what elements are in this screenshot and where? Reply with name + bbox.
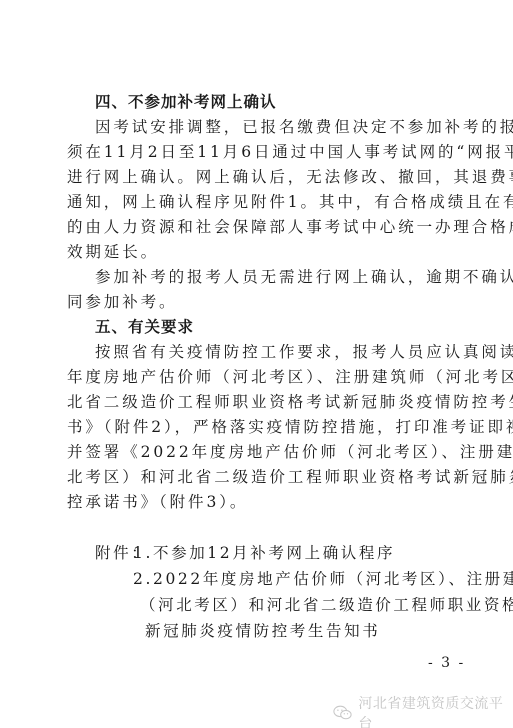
paragraph-line: 同参加补考。 xyxy=(67,290,449,315)
paragraph-line: 因考试安排调整，已报名缴费但决定不参加补考的报考人员 xyxy=(95,115,449,140)
paragraph-line: 须在11月2日至11月6日通过中国人事考试网的“网报平台” xyxy=(67,140,449,165)
paragraph-line: 效期延长。 xyxy=(67,240,449,265)
paragraph-line: 北考区）和河北省二级造价工程师职业资格考试新冠肺炎疫情防 xyxy=(67,465,449,490)
paragraph-line: 的由人力资源和社会保障部人事考试中心统一办理合格成绩有 xyxy=(67,215,449,240)
watermark-text: 河北省建筑资质交流平台 xyxy=(358,693,513,728)
attachment-item-2-line: 2.2022年度房地产估价师（河北考区）、注册建筑师 xyxy=(133,567,513,592)
paragraph-line: 控承诺书》（附件3）。 xyxy=(67,490,449,515)
wechat-official-account-icon xyxy=(333,705,352,721)
paragraph-line: 北省二级造价工程师职业资格考试新冠肺炎疫情防控考生告知 xyxy=(67,390,449,415)
attachment-item-1: 1.不参加12月补考网上确认程序 xyxy=(133,541,395,566)
paragraph-line: 进行网上确认。网上确认后，无法修改、撤回，其退费事宜另行 xyxy=(67,165,449,190)
paragraph-line: 年度房地产估价师（河北考区）、注册建筑师（河北考区）和河 xyxy=(67,365,449,390)
page-number: - 3 - xyxy=(428,655,465,671)
section-heading-5: 五、有关要求 xyxy=(95,315,194,340)
attachment-item-2-line: 新冠肺炎疫情防控考生告知书 xyxy=(145,619,380,644)
paragraph-line: 并签署《2022年度房地产估价师（河北考区）、注册建筑师（河 xyxy=(67,440,449,465)
paragraph-line: 通知，网上确认程序见附件1。其中，有合格成绩且在有效期内 xyxy=(67,190,449,215)
paragraph-line: 书》（附件2），严格落实疫情防控措施，打印准考证即视为认同 xyxy=(67,415,449,440)
watermark: 河北省建筑资质交流平台 xyxy=(333,693,513,728)
section-heading-4: 四、不参加补考网上确认 xyxy=(95,90,277,115)
document-page: 四、不参加补考网上确认 因考试安排调整，已报名缴费但决定不参加补考的报考人员 须… xyxy=(0,0,513,728)
paragraph-line: 参加补考的报考人员无需进行网上确认，逾期不确认的，视 xyxy=(95,265,449,290)
attachment-item-2-line: （河北考区）和河北省二级造价工程师职业资格考试 xyxy=(140,593,513,618)
paragraph-line: 按照省有关疫情防控工作要求，报考人员应认真阅读《2022 xyxy=(95,340,449,365)
